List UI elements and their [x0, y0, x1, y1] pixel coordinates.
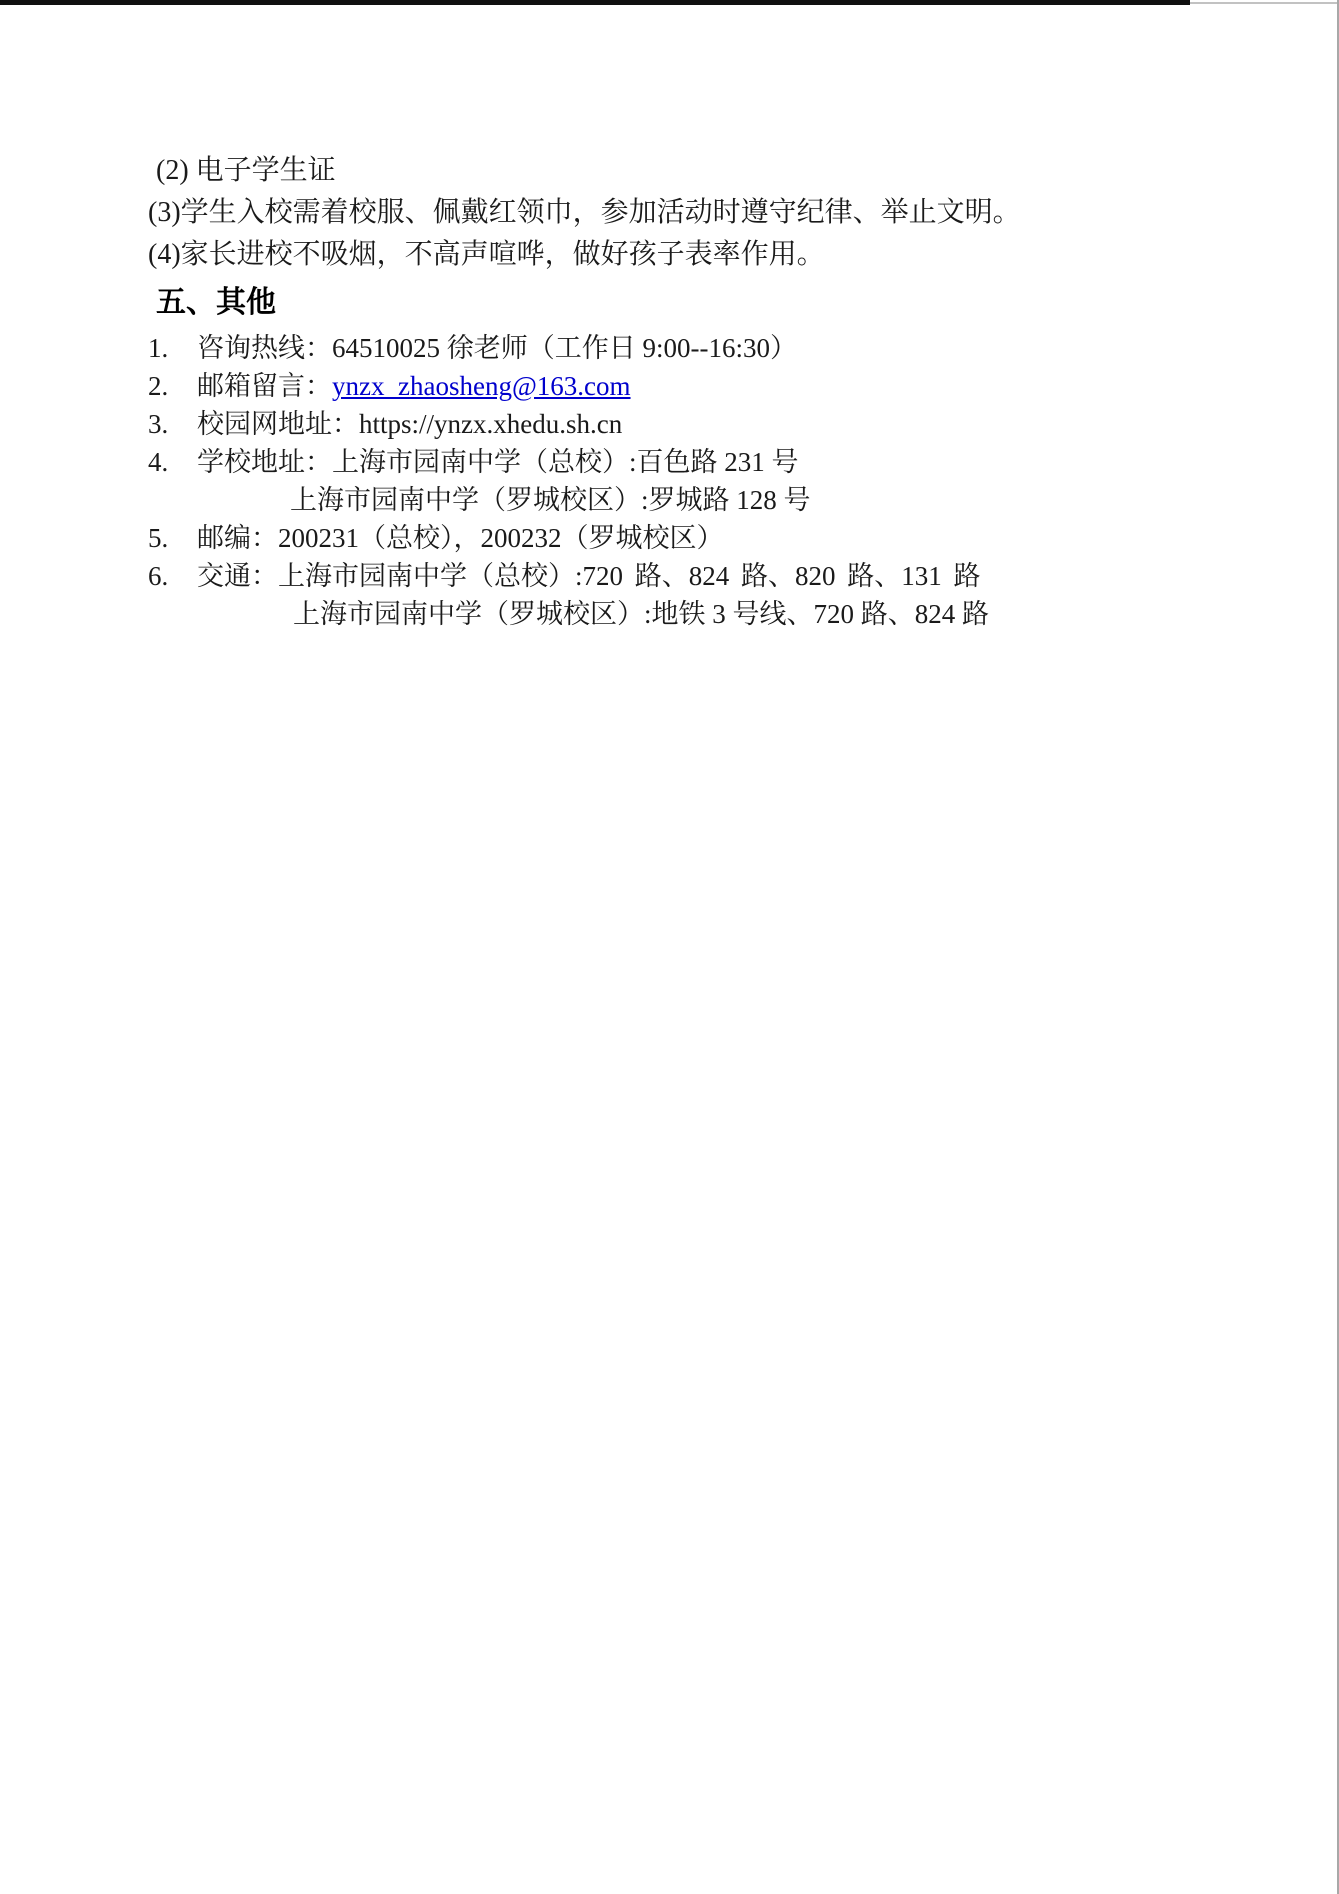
list-item-hotline: 1. 咨询热线：64510025 徐老师（工作日 9:00--16:30）	[148, 329, 1128, 367]
list-number: 6.	[148, 557, 197, 595]
document-page: (2) 电子学生证 (3)学生入校需着校服、佩戴红领巾，参加活动时遵守纪律、举止…	[0, 0, 1339, 1894]
address-line-branch: 上海市园南中学（罗城校区）:罗城路 128 号	[197, 481, 811, 519]
list-item-website: 3. 校园网地址：https://ynzx.xhedu.sh.cn	[148, 405, 1128, 443]
paragraph-rule-3: (3)学生入校需着校服、佩戴红领巾，参加活动时遵守纪律、举止文明。	[148, 192, 1128, 234]
traffic-lines: 交通：上海市园南中学（总校）:720 路、824 路、820 路、131 路 上…	[197, 557, 989, 633]
list-item-traffic: 6. 交通：上海市园南中学（总校）:720 路、824 路、820 路、131 …	[148, 557, 1128, 633]
email-line: 邮箱留言：ynzx_zhaosheng@163.com	[197, 367, 631, 405]
hotline-text: 咨询热线：64510025 徐老师（工作日 9:00--16:30）	[197, 329, 797, 367]
email-label: 邮箱留言：	[197, 371, 332, 401]
postcode-text: 邮编：200231（总校），200232（罗城校区）	[197, 519, 724, 557]
address-lines: 学校地址：上海市园南中学（总校）:百色路 231 号 上海市园南中学（罗城校区）…	[197, 443, 811, 519]
scan-artifact-top-line	[1190, 2, 1339, 4]
list-number: 2.	[148, 367, 197, 405]
list-item-email: 2. 邮箱留言：ynzx_zhaosheng@163.com	[148, 367, 1128, 405]
email-link[interactable]: ynzx_zhaosheng@163.com	[332, 371, 631, 401]
list-number: 3.	[148, 405, 197, 443]
list-item-address: 4. 学校地址：上海市园南中学（总校）:百色路 231 号 上海市园南中学（罗城…	[148, 443, 1128, 519]
address-line-main: 学校地址：上海市园南中学（总校）:百色路 231 号	[197, 443, 811, 481]
document-content: (2) 电子学生证 (3)学生入校需着校服、佩戴红领巾，参加活动时遵守纪律、举止…	[148, 150, 1128, 633]
scan-artifact-top-bar	[0, 0, 1190, 5]
section-heading-others: 五、其他	[156, 279, 1128, 326]
list-number: 5.	[148, 519, 197, 557]
info-list: 1. 咨询热线：64510025 徐老师（工作日 9:00--16:30） 2.…	[148, 329, 1128, 633]
list-number: 4.	[148, 443, 197, 481]
website-text: 校园网地址：https://ynzx.xhedu.sh.cn	[197, 405, 622, 443]
paragraph-rule-2: (2) 电子学生证	[148, 150, 1128, 192]
paragraph-rule-4: (4)家长进校不吸烟，不高声喧哗，做好孩子表率作用。	[148, 234, 1128, 276]
traffic-line-main: 交通：上海市园南中学（总校）:720 路、824 路、820 路、131 路	[197, 557, 989, 595]
list-number: 1.	[148, 329, 197, 367]
list-item-postcode: 5. 邮编：200231（总校），200232（罗城校区）	[148, 519, 1128, 557]
traffic-line-branch: 上海市园南中学（罗城校区）:地铁 3 号线、720 路、824 路	[197, 595, 989, 633]
